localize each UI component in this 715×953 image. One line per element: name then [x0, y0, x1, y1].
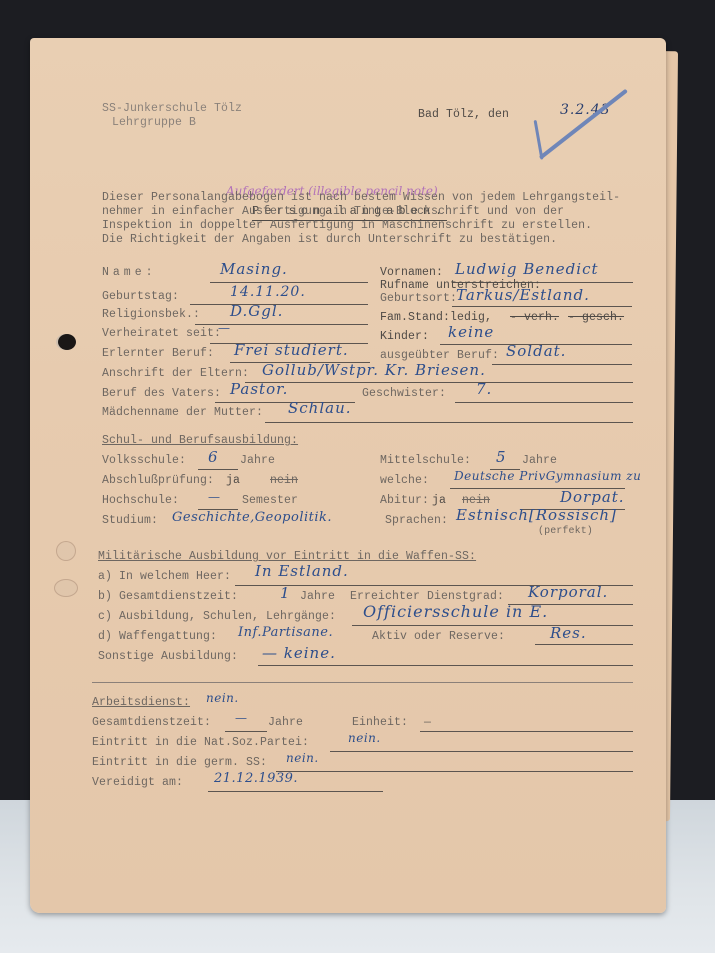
vater-label: Beruf des Vaters:	[102, 387, 221, 400]
field-line	[225, 731, 267, 732]
geburtstag-value[interactable]: 14.11.20.	[230, 284, 306, 300]
volksschule-value[interactable]: 6	[208, 448, 219, 466]
document-page: SS-Junkerschule Tölz Lehrgruppe B Bad Tö…	[30, 38, 666, 913]
erlernter-beruf-value[interactable]: Frei studiert.	[234, 341, 349, 359]
punch-hole-mark	[56, 541, 76, 561]
welche-label: welche:	[380, 474, 429, 487]
mittelschule-value[interactable]: 5	[496, 448, 507, 466]
famstand-gesch[interactable]: - gesch.	[568, 311, 624, 324]
kinder-label: Kinder:	[380, 330, 429, 343]
jahre-label: Jahre	[268, 716, 303, 729]
gesamtdienstzeit-value[interactable]: 1	[280, 584, 291, 602]
sprachen-note: (perfekt)	[538, 526, 593, 537]
sprachen-label: Sprachen:	[385, 514, 448, 527]
sonstige-value[interactable]: — keine.	[262, 644, 336, 662]
punch-hole	[58, 334, 76, 350]
vereidigt-value[interactable]: 21.12.1939.	[214, 771, 298, 786]
geburtsort-value[interactable]: Tarkus/Estland.	[456, 286, 590, 304]
field-line	[258, 665, 633, 666]
punch-hole-mark	[54, 579, 78, 597]
check-mark-icon	[539, 89, 628, 160]
dienstgrad-value[interactable]: Korporal.	[528, 583, 608, 601]
sprachen-value[interactable]: Estnisch[Rossisch]	[456, 506, 617, 524]
jahre-label: Jahre	[522, 454, 557, 467]
field-line	[352, 625, 633, 626]
schule-heading: Schul- und Berufsausbildung:	[102, 434, 298, 447]
eltern-label: Anschrift der Eltern:	[102, 367, 249, 380]
jahre-label: Jahre	[240, 454, 275, 467]
field-line	[245, 382, 633, 383]
field-line	[330, 751, 633, 752]
arbeitsdienst-heading: Arbeitsdienst:	[92, 696, 190, 709]
abitur-ja[interactable]: ja	[432, 494, 446, 507]
instruction-line: Inspektion in doppelter Ausfertigung in …	[102, 219, 592, 232]
volksschule-label: Volksschule:	[102, 454, 186, 467]
vereidigt-label: Vereidigt am:	[92, 776, 183, 789]
kinder-value[interactable]: keine	[448, 323, 494, 341]
field-line	[198, 469, 238, 470]
geburtsort-label: Geburtsort:	[380, 292, 457, 305]
abschluss-label: Abschlußprüfung:	[102, 474, 214, 487]
waffengattung-label: d) Waffengattung:	[98, 630, 217, 643]
place-date-label: Bad Tölz, den	[418, 108, 509, 121]
mutter-label: Mädchenname der Mutter:	[102, 406, 263, 419]
arbeitsdienst-value[interactable]: nein.	[206, 691, 239, 705]
field-line	[420, 731, 633, 732]
heer-value[interactable]: In Estland.	[255, 562, 349, 580]
section-divider	[92, 682, 633, 683]
geschwister-value[interactable]: 7.	[476, 380, 492, 398]
field-line	[210, 282, 368, 283]
studium-label: Studium:	[102, 514, 158, 527]
studium-value[interactable]: Geschichte,Geopolitik.	[172, 510, 332, 525]
vornamen-label: Vornamen:	[380, 266, 443, 279]
instruction-line: nehmer in einfacher Ausfertigung in Tint…	[102, 205, 564, 218]
sonstige-label: Sonstige Ausbildung:	[98, 650, 238, 663]
name-label: Name:	[102, 266, 157, 279]
famstand-verh[interactable]: - verh.	[510, 311, 559, 324]
famstand-label: Fam.Stand:	[380, 311, 450, 324]
germ-ss-value[interactable]: nein.	[286, 751, 319, 765]
mutter-value[interactable]: Schlau.	[288, 399, 352, 417]
arbeit-gesamt-label: Gesamtdienstzeit:	[92, 716, 211, 729]
heer-label: a) In welchem Heer:	[98, 570, 231, 583]
field-line	[276, 771, 633, 772]
field-line	[208, 791, 383, 792]
waffengattung-value[interactable]: Inf.Partisane.	[238, 625, 333, 640]
field-line	[455, 402, 633, 403]
eltern-value[interactable]: Gollub/Wstpr. Kr. Briesen.	[262, 361, 486, 379]
partei-label: Eintritt in die Nat.Soz.Partei:	[92, 736, 309, 749]
abitur-ort-value[interactable]: Dorpat.	[560, 488, 625, 506]
hochschule-value[interactable]: —	[208, 490, 221, 504]
ausbildung-label: c) Ausbildung, Schulen, Lehrgänge:	[98, 610, 336, 623]
geschwister-label: Geschwister:	[362, 387, 446, 400]
vater-value[interactable]: Pastor.	[230, 380, 288, 398]
hochschule-label: Hochschule:	[102, 494, 179, 507]
jahre-label: Jahre	[300, 590, 335, 603]
mittelschule-label: Mittelschule:	[380, 454, 471, 467]
verheiratet-label: Verheiratet seit:	[102, 327, 221, 340]
ausbildung-value[interactable]: Officiersschule in E.	[363, 602, 548, 621]
field-line	[265, 422, 633, 423]
abschluss-ja[interactable]: ja	[226, 474, 240, 487]
semester-label: Semester	[242, 494, 298, 507]
germ-ss-label: Eintritt in die germ. SS:	[92, 756, 267, 769]
partei-value[interactable]: nein.	[348, 731, 381, 745]
abitur-label: Abitur:	[380, 494, 429, 507]
group-name: Lehrgruppe B	[112, 116, 196, 129]
check-mark-icon	[534, 120, 544, 160]
welche-value[interactable]: Deutsche PrivGymnasium zu	[454, 469, 641, 483]
verheiratet-value[interactable]: —	[218, 321, 231, 335]
instruction-line: Dieser Personalangabebogen ist nach best…	[102, 191, 620, 204]
name-value[interactable]: Masing.	[220, 260, 288, 278]
field-line	[535, 644, 633, 645]
arbeit-gesamt-value[interactable]: —	[235, 711, 248, 725]
geburtstag-label: Geburtstag:	[102, 290, 179, 303]
field-line	[492, 364, 632, 365]
abschluss-nein[interactable]: nein	[270, 474, 298, 487]
vornamen-value[interactable]: Ludwig Benedict	[455, 260, 599, 278]
religion-value[interactable]: D.Ggl.	[230, 302, 283, 320]
field-line	[452, 306, 632, 307]
school-name: SS-Junkerschule Tölz	[102, 102, 242, 115]
einheit-value[interactable]: —	[424, 716, 431, 729]
instruction-line: Die Richtigkeit der Angaben ist durch Un…	[102, 233, 557, 246]
aktiv-value[interactable]: Res.	[550, 624, 587, 642]
religion-label: Religionsbek.:	[102, 308, 200, 321]
gesamtdienstzeit-label: b) Gesamtdienstzeit:	[98, 590, 238, 603]
einheit-label: Einheit:	[352, 716, 408, 729]
aktiv-label: Aktiv oder Reserve:	[372, 630, 505, 643]
ausgeubter-beruf-value[interactable]: Soldat.	[506, 342, 566, 360]
erlernter-beruf-label: Erlernter Beruf:	[102, 347, 214, 360]
